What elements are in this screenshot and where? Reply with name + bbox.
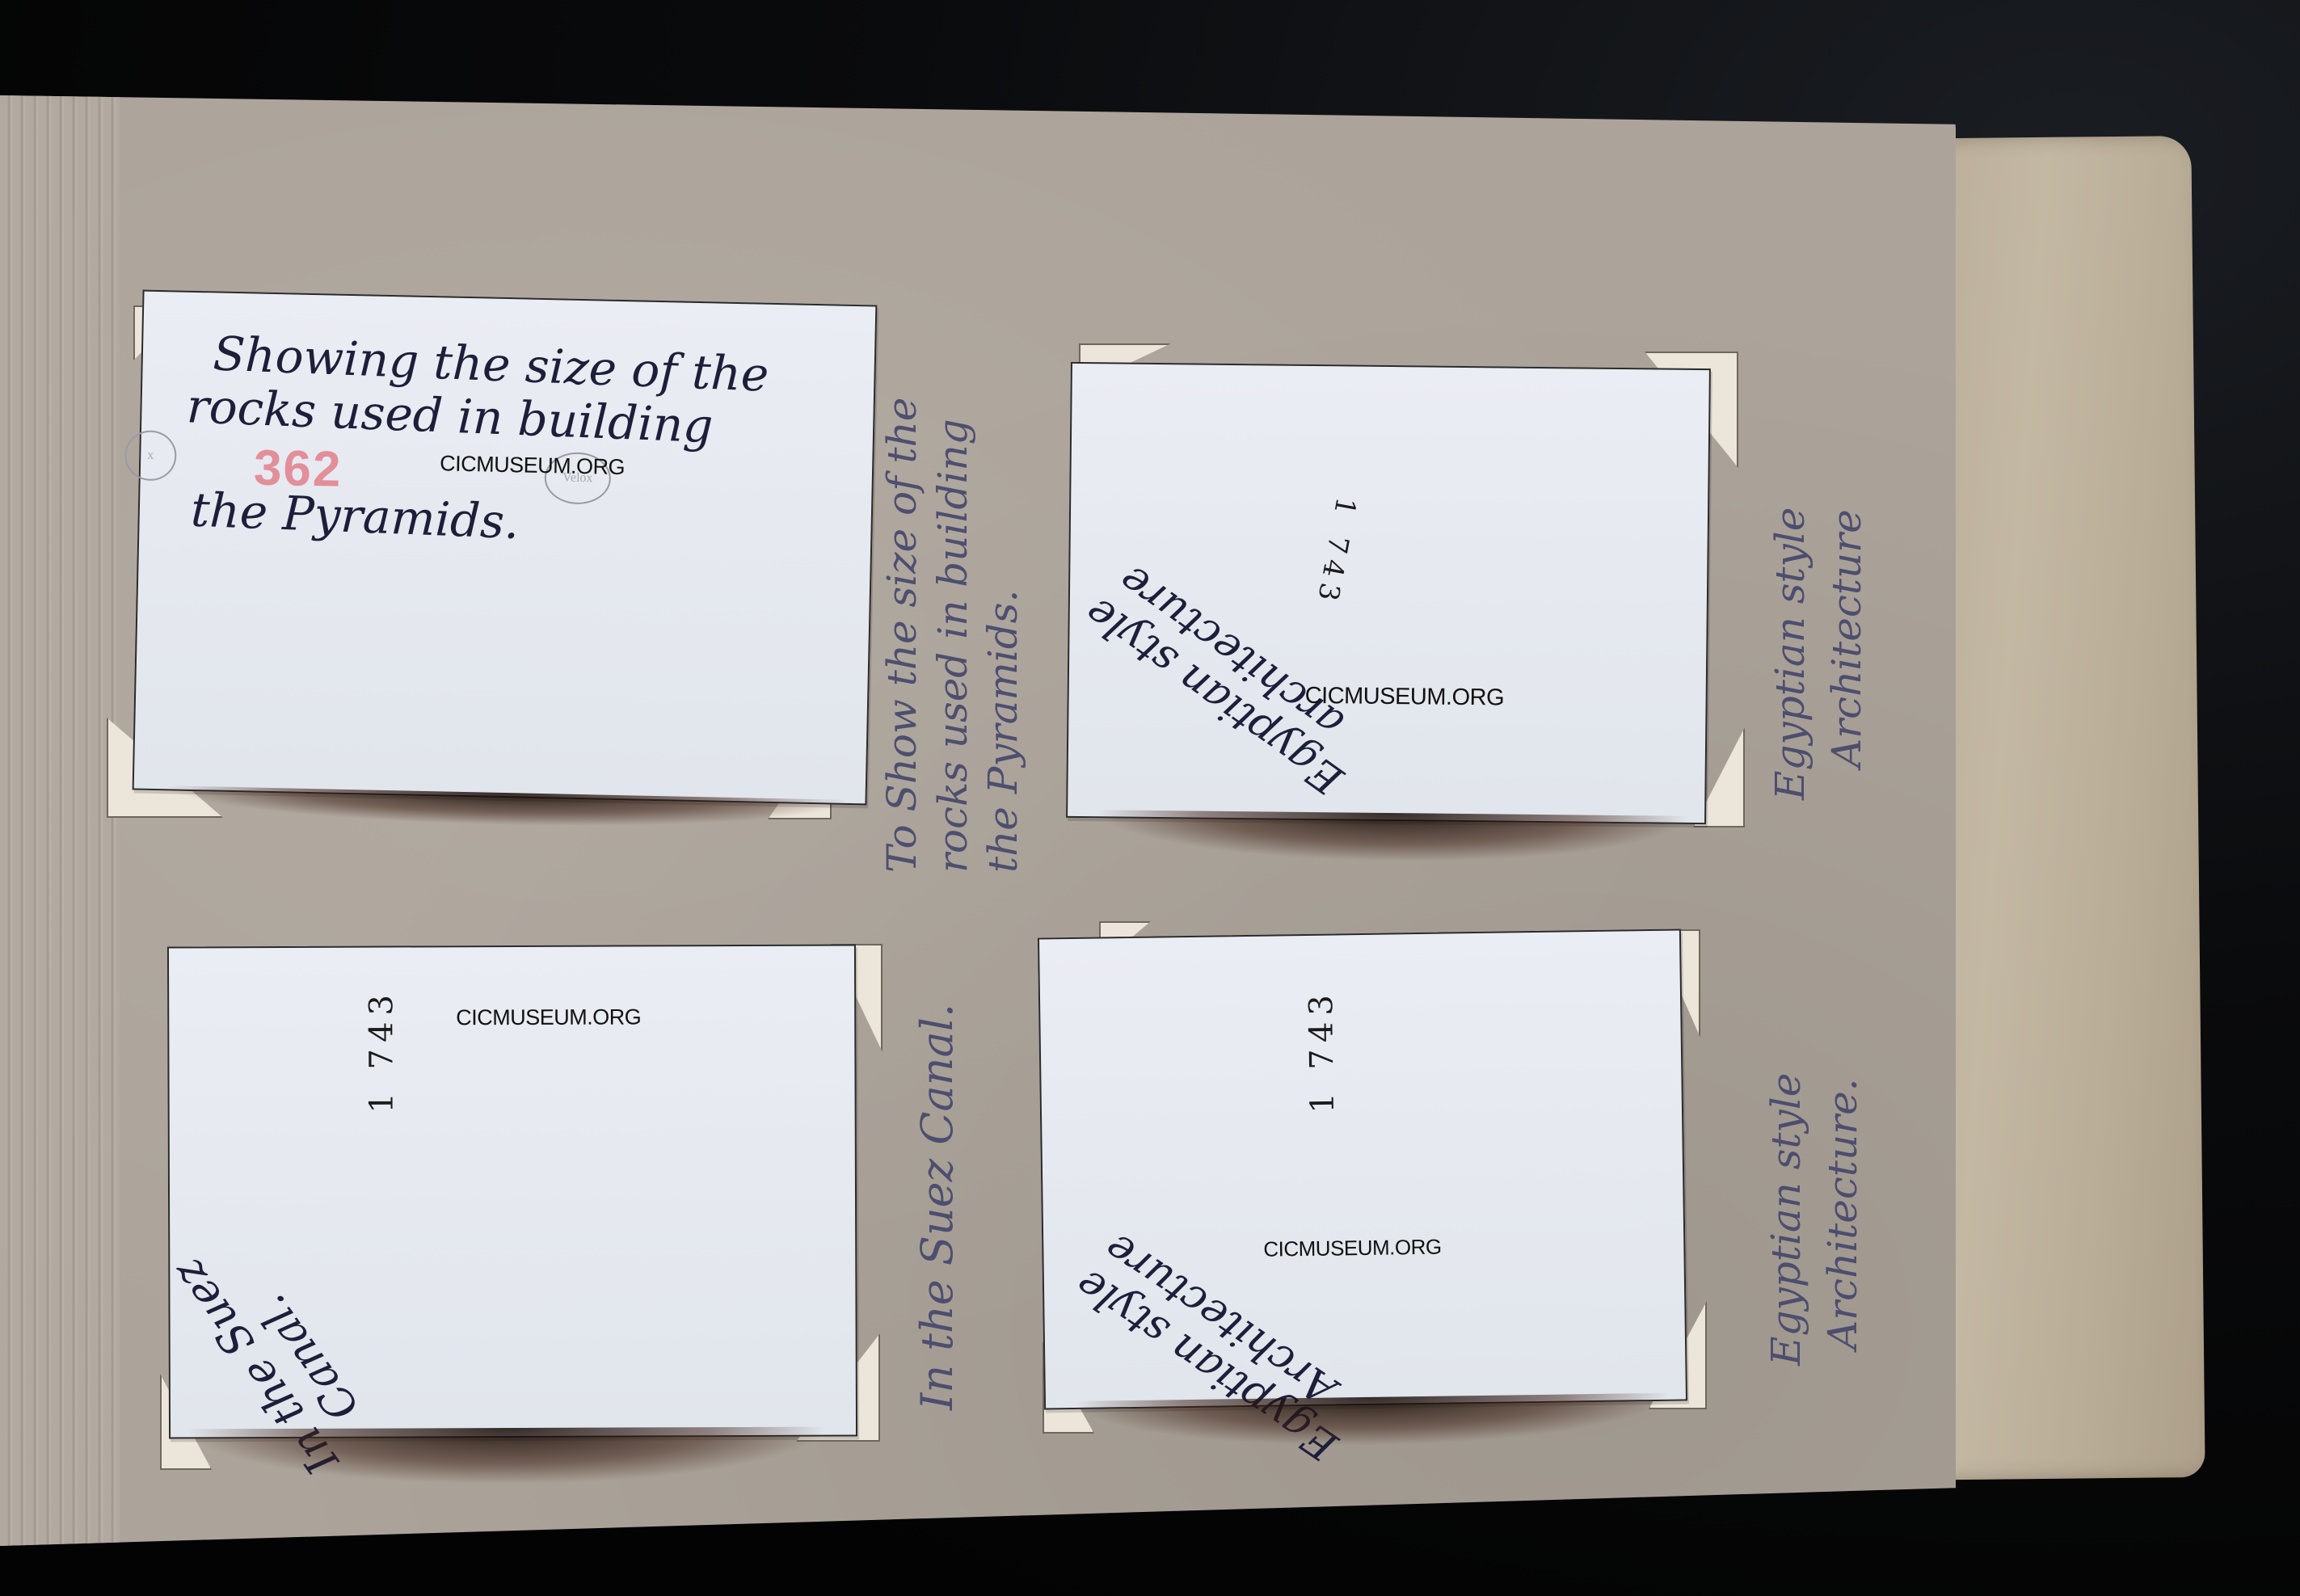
photo-top-left: Showing the size of the rocks used in bu… <box>133 290 878 806</box>
caption-line: Architecture. <box>1814 1073 1871 1350</box>
cicmuseum-watermark: CICMUSEUM.ORG <box>1304 683 1504 712</box>
page-caption-egyptian-architecture-top: Egyptian style Architecture <box>1762 507 1875 800</box>
caption-line: Egyptian style <box>1762 507 1818 800</box>
caption-line: In the Suez Canal. <box>913 1004 961 1410</box>
caption-line: Egyptian style <box>1758 1073 1814 1366</box>
photo-bottom-right: 1 743 CICMUSEUM.ORG Egyptian style Archi… <box>1038 929 1687 1409</box>
paper-maker-oval-stamp: x <box>124 430 177 481</box>
photo-bottom-left: CICMUSEUM.ORG 1 743 In the Suez Canal. <box>167 945 857 1439</box>
cicmuseum-watermark: CICMUSEUM.ORG <box>440 451 626 480</box>
album-binding-ribs <box>0 95 120 1546</box>
page-caption-pyramids: To Show the size of the rocks used in bu… <box>877 398 1029 873</box>
caption-line: To Show the size of the <box>877 398 928 873</box>
photo-top-right: 1 743 Egyptian style architecture CICMUS… <box>1066 362 1711 824</box>
inventory-number-stamp: 362 <box>253 439 343 498</box>
inventory-number-stamp: 1 743 <box>363 988 401 1114</box>
caption-line: rocks used in building <box>928 398 979 873</box>
caption-line: the Pyramids. <box>978 398 1029 873</box>
cicmuseum-watermark: CICMUSEUM.ORG <box>1263 1235 1442 1262</box>
inventory-number-stamp: 1 743 <box>1303 988 1342 1114</box>
page-caption-suez-canal: In the Suez Canal. <box>913 1004 961 1410</box>
inventory-number-stamp: 1 743 <box>1310 495 1363 609</box>
page-caption-egyptian-architecture-bottom: Egyptian style Architecture. <box>1758 1073 1871 1366</box>
cicmuseum-watermark: CICMUSEUM.ORG <box>456 1004 641 1030</box>
caption-line: Architecture <box>1818 507 1875 768</box>
